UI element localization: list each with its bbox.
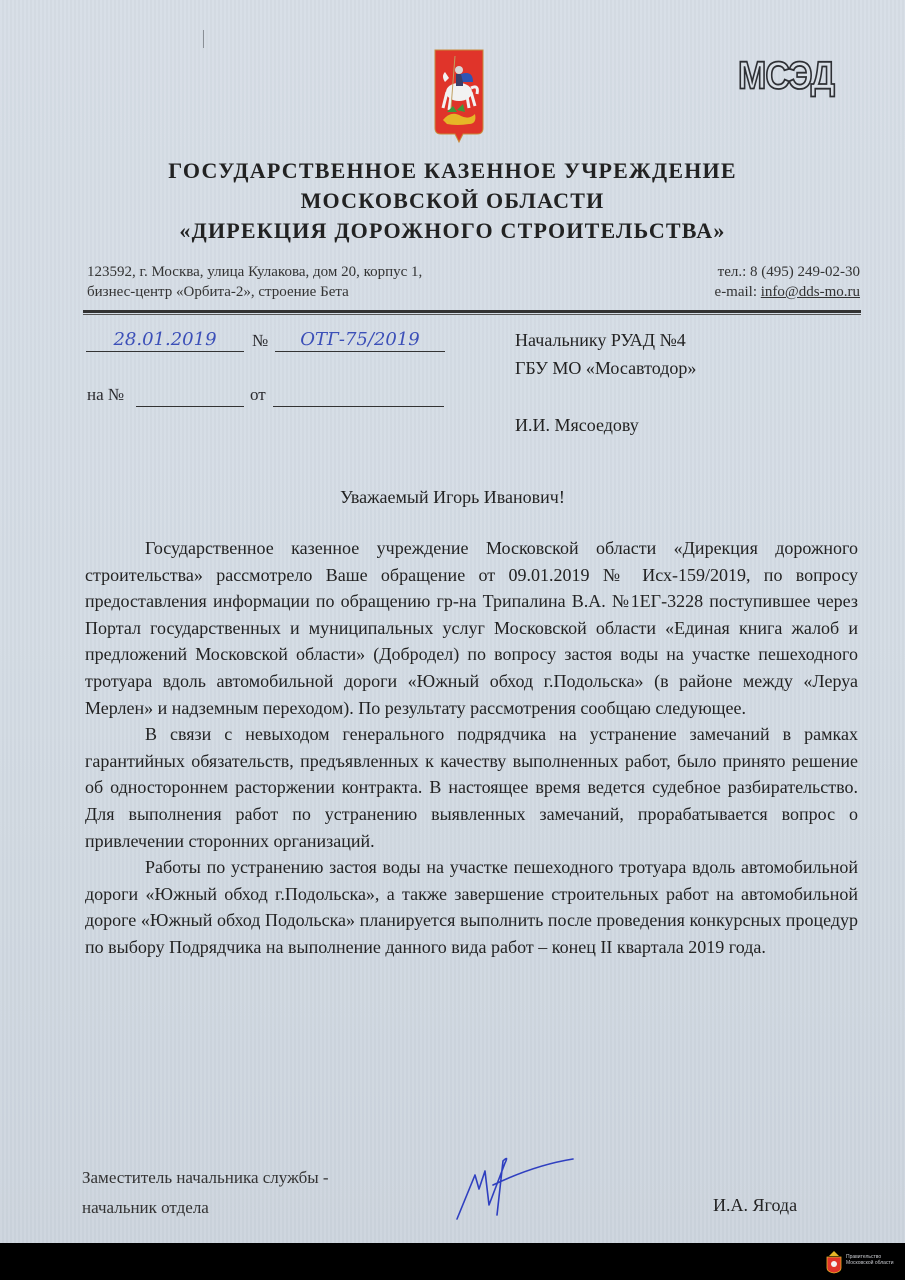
- org-name-line-2: МОСКОВСКОЙ ОБЛАСТИ: [0, 188, 905, 214]
- signatory-name: И.А. Ягода: [713, 1195, 797, 1216]
- body-paragraph: Работы по устранению застоя воды на учас…: [85, 854, 858, 960]
- org-address: 123592, г. Москва, улица Кулакова, дом 2…: [87, 262, 422, 302]
- phone: тел.: 8 (495) 249-02-30: [715, 262, 860, 282]
- reference-number-label: на №: [87, 385, 124, 405]
- header-divider: [83, 310, 861, 313]
- email-link[interactable]: info@dds-mo.ru: [761, 284, 860, 300]
- email-label: e-mail:: [715, 284, 761, 300]
- address-line-2: бизнес-центр «Орбита-2», строение Бета: [87, 282, 422, 302]
- org-name-line-1: ГОСУДАРСТВЕННОЕ КАЗЕННОЕ УЧРЕЖДЕНИЕ: [0, 158, 905, 184]
- moscow-oblast-coat-of-arms-icon: [433, 48, 485, 143]
- outgoing-number: ОТГ-75/2019: [300, 329, 420, 350]
- body-paragraph: В связи с невыходом генерального подрядч…: [85, 721, 858, 854]
- outgoing-date-field: 28.01.2019: [86, 329, 244, 352]
- handwritten-signature-icon: [445, 1145, 585, 1225]
- number-label: №: [252, 331, 268, 351]
- email-row: e-mail: info@dds-mo.ru: [715, 282, 860, 302]
- scan-mark: [203, 30, 204, 48]
- msed-stamp: МСЭД: [738, 54, 834, 99]
- letter-page: МСЭД ГОСУДАРСТВЕННОЕ КАЗЕННОЕ УЧРЕЖДЕНИЕ…: [0, 0, 905, 1243]
- addressee-organization: ГБУ МО «Мосавтодор»: [515, 358, 696, 379]
- outgoing-number-field: ОТГ-75/2019: [275, 329, 445, 352]
- reference-date-field: [273, 386, 444, 407]
- government-emblem-icon: [826, 1250, 842, 1274]
- government-footer-label: Правительство Московской области: [846, 1254, 894, 1266]
- signatory-title-line-1: Заместитель начальника службы -: [82, 1163, 329, 1193]
- footer-line-2: Московской области: [846, 1260, 894, 1266]
- org-contacts: тел.: 8 (495) 249-02-30 e-mail: info@dds…: [715, 262, 860, 302]
- reference-number-field: [136, 386, 244, 407]
- reference-date-label: от: [250, 385, 266, 405]
- signatory-title: Заместитель начальника службы - начальни…: [82, 1163, 329, 1223]
- org-name-line-3: «ДИРЕКЦИЯ ДОРОЖНОГО СТРОИТЕЛЬСТВА»: [0, 218, 905, 244]
- body-paragraph: Государственное казенное учреждение Моск…: [85, 535, 858, 721]
- signatory-title-line-2: начальник отдела: [82, 1193, 329, 1223]
- greeting: Уважаемый Игорь Иванович!: [0, 487, 905, 508]
- outgoing-date: 28.01.2019: [113, 329, 216, 350]
- address-line-1: 123592, г. Москва, улица Кулакова, дом 2…: [87, 262, 422, 282]
- header-divider-thin: [83, 314, 861, 315]
- addressee-name: И.И. Мясоедову: [515, 415, 639, 436]
- letter-body: Государственное казенное учреждение Моск…: [85, 535, 858, 961]
- addressee-position: Начальнику РУАД №4: [515, 330, 686, 351]
